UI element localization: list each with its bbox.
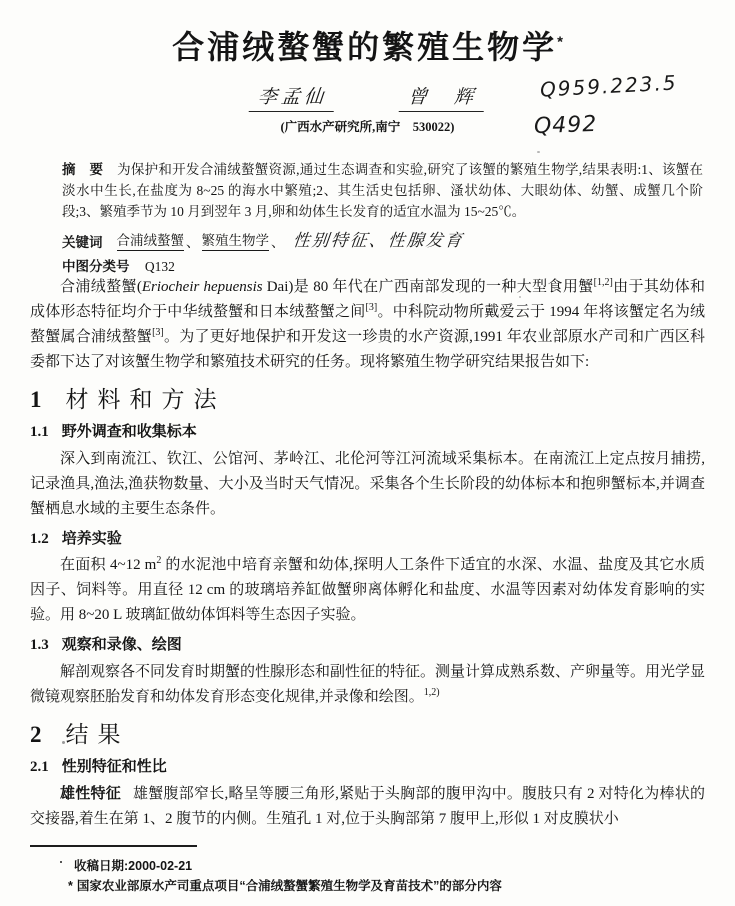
subsection-title: 观察和录像、绘图 xyxy=(62,636,182,653)
paper-title-text: 合浦绒螯蟹的繁殖生物学 xyxy=(172,29,557,65)
section-heading-2: 2结果 xyxy=(30,719,705,750)
section-number: 1 xyxy=(30,387,42,412)
affiliation: (广西水产研究所,南宁 530022) xyxy=(0,117,735,135)
subsection-title: 野外调查和收集标本 xyxy=(62,423,197,440)
citation-superscript: [3] xyxy=(366,302,378,313)
received-date: 收稿日期:2000-02-21 xyxy=(74,856,705,874)
subsection-heading-1-2: 1.2培养实验 xyxy=(30,529,705,550)
section-title: 结果 xyxy=(66,722,130,747)
footnote-divider xyxy=(30,845,197,847)
citation-superscript: [1,2] xyxy=(594,277,613,288)
author-signature: 曾 辉 xyxy=(398,82,486,112)
intro-text: Dai)是 80 年代在广西南部发现的一种大型食用蟹 xyxy=(263,279,594,295)
scan-speck xyxy=(519,296,521,298)
subsection-title: 培养实验 xyxy=(62,530,122,547)
footnote-asterisk: * xyxy=(68,879,73,893)
subsection-heading-1-1: 1.1野外调查和收集标本 xyxy=(30,422,705,443)
author-signature: 李孟仙 xyxy=(249,82,337,112)
keyword: 繁殖生物学 xyxy=(202,229,270,251)
clc-value: Q132 xyxy=(145,259,175,274)
intro-paragraph: 合浦绒螯蟹(Eriocheir hepuensis Dai)是 80 年代在广西… xyxy=(30,275,705,375)
subsection-number: 1.2 xyxy=(30,531,49,547)
keywords-label: 关键词 xyxy=(62,231,103,251)
paper-title: 合浦绒螯蟹的繁殖生物学* xyxy=(30,28,705,66)
run-in-heading: 雄性特征 xyxy=(60,785,121,802)
handwritten-keywords: 性别特征、性腺发育 xyxy=(291,226,465,251)
scan-speck xyxy=(62,741,65,744)
subsection-number: 2.1 xyxy=(30,759,49,775)
citation-superscript: [3] xyxy=(152,327,164,338)
subsection-heading-1-3: 1.3观察和录像、绘图 xyxy=(30,635,705,656)
paragraph-2-1: 雄性特征雄蟹腹部窄长,略呈等腰三角形,紧贴于头胸部的腹甲沟中。腹肢只有 2 对特… xyxy=(30,781,705,832)
abstract-text: 为保护和开发合浦绒螯蟹资源,通过生态调查和实验,研究了该蟹的繁殖生物学,结果表明… xyxy=(62,162,703,219)
keyword: 合浦绒螯蟹 xyxy=(117,229,185,251)
clc-label: 中图分类号 xyxy=(62,259,130,274)
paragraph-1-3: 解剖观察各不同发育时期蟹的性腺形态和副性征的特征。测量计算成熟系数、产卵量等。用… xyxy=(30,660,705,710)
paragraph-text: 在面积 4~12 m xyxy=(60,557,156,573)
footnote-block: 收稿日期:2000-02-21 *国家农业部原水产司重点项目“合浦绒螯蟹繁殖生物… xyxy=(30,845,705,894)
subsection-heading-2-1: 2.1性别特征和性比 xyxy=(30,757,705,778)
received-date-text: 收稿日期:2000-02-21 xyxy=(74,859,192,873)
paragraph-text: 雄蟹腹部窄长,略呈等腰三角形,紧贴于头胸部的腹甲沟中。腹肢只有 2 对特化为棒状… xyxy=(30,786,705,827)
paragraph-text: 解剖观察各不同发育时期蟹的性腺形态和副性征的特征。测量计算成熟系数、产卵量等。用… xyxy=(30,664,705,705)
footnote-note-text: 国家农业部原水产司重点项目“合浦绒螯蟹繁殖生物学及育苗技术”的部分内容 xyxy=(77,879,502,893)
subsection-number: 1.1 xyxy=(30,424,49,440)
scan-speck xyxy=(60,861,62,863)
intro-text: 合浦绒螯蟹( xyxy=(60,279,142,295)
scan-speck xyxy=(537,151,540,153)
scanned-paper-page: 合浦绒螯蟹的繁殖生物学* Q959.223.5 Q492 李孟仙 曾 辉 (广西… xyxy=(0,0,735,906)
keyword-separator: 、 xyxy=(184,231,202,251)
species-name: Eriocheir hepuensis xyxy=(142,279,263,295)
abstract-label: 摘 要 xyxy=(62,162,103,177)
clc-line: 中图分类号 Q132 xyxy=(62,255,703,275)
title-footnote-asterisk: * xyxy=(557,33,563,50)
paragraph-1-1: 深入到南流江、钦江、公馆河、茅岭江、北伦河等江河流域采集标本。在南流江上定点按月… xyxy=(30,447,705,522)
abstract-block: 摘 要 为保护和开发合浦绒螯蟹资源,通过生态调查和实验,研究了该蟹的繁殖生物学,… xyxy=(62,159,703,222)
citation-superscript: 1,2) xyxy=(424,687,440,698)
subsection-title: 性别特征和性比 xyxy=(62,758,167,775)
paragraph-1-2: 在面积 4~12 m2 的水泥池中培育亲蟹和幼体,探明人工条件下适宜的水深、水温… xyxy=(30,553,705,628)
keyword-separator: 、 xyxy=(269,231,287,251)
handwritten-classification-code: Q492 xyxy=(534,112,598,139)
subsection-number: 1.3 xyxy=(30,637,49,653)
section-number: 2 xyxy=(30,722,42,747)
section-heading-1: 1材料和方法 xyxy=(30,384,705,415)
footnote-note: *国家农业部原水产司重点项目“合浦绒螯蟹繁殖生物学及育苗技术”的部分内容 xyxy=(68,876,705,894)
section-title: 材料和方法 xyxy=(66,387,226,412)
keywords-line: 关键词 合浦绒螯蟹 、 繁殖生物学 、 性别特征、性腺发育 xyxy=(62,225,703,251)
